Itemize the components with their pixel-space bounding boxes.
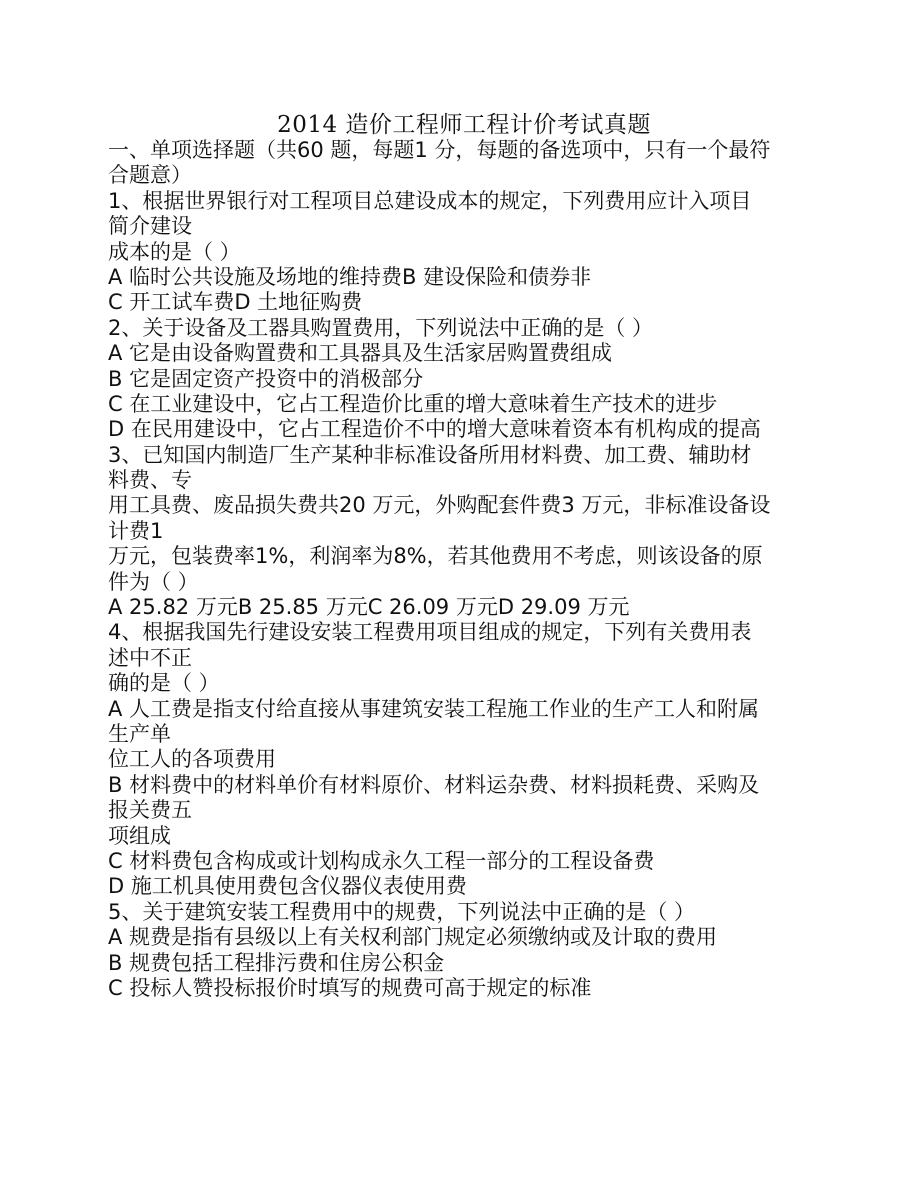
question-4-option-d: D 施工机具使用费包含仪器仪表使用费 xyxy=(108,874,820,899)
question-4-option-a: 位工人的各项费用 xyxy=(108,747,820,772)
question-3-options: A 25.82 万元B 25.85 万元C 26.09 万元D 29.09 万元 xyxy=(108,595,820,620)
question-1-options: C 开工试车费D 土地征购费 xyxy=(108,290,820,315)
question-4-option-a: A 人工费是指支付给直接从事建筑安装工程施工作业的生产工人和附属 xyxy=(108,697,820,722)
question-4-option-c: C 材料费包含构成或计划构成永久工程一部分的工程设备费 xyxy=(108,849,820,874)
question-4-stem: 述中不正 xyxy=(108,646,820,671)
question-2-option-b: B 它是固定资产投资中的消极部分 xyxy=(108,367,820,392)
question-5-option-a: A 规费是指有县级以上有关权利部门规定必须缴纳或及计取的费用 xyxy=(108,925,820,950)
document-page: 2014 造价工程师工程计价考试真题 一、单项选择题（共60 题，每题1 分，每… xyxy=(108,112,820,1001)
question-2-option-a: A 它是由设备购置费和工具器具及生活家居购置费组成 xyxy=(108,341,820,366)
question-1-stem: 简介建设 xyxy=(108,214,820,239)
question-3-stem: 用工具费、废品损失费共20 万元，外购配套件费3 万元，非标准设备设 xyxy=(108,493,820,518)
question-4-stem: 4、根据我国先行建设安装工程费用项目组成的规定，下列有关费用表 xyxy=(108,620,820,645)
question-4-option-b: 报关费五 xyxy=(108,798,820,823)
question-4-stem: 确的是（ ） xyxy=(108,671,820,696)
question-5-option-b: B 规费包括工程排污费和住房公积金 xyxy=(108,951,820,976)
question-3-stem: 件为（ ） xyxy=(108,570,820,595)
question-1-stem: 1、根据世界银行对工程项目总建设成本的规定，下列费用应计入项目 xyxy=(108,189,820,214)
question-4-option-b: B 材料费中的材料单价有材料原价、材料运杂费、材料损耗费、采购及 xyxy=(108,773,820,798)
question-1-stem: 成本的是（ ） xyxy=(108,240,820,265)
section-heading: 一、单项选择题（共60 题，每题1 分，每题的备选项中，只有一个最符 xyxy=(108,138,820,163)
question-2-option-c: C 在工业建设中，它占工程造价比重的增大意味着生产技术的进步 xyxy=(108,392,820,417)
question-5-option-c: C 投标人赞投标报价时填写的规费可高于规定的标准 xyxy=(108,976,820,1001)
question-4-option-a: 生产单 xyxy=(108,722,820,747)
question-2-option-d: D 在民用建设中，它占工程造价不中的增大意味着资本有机构成的提高 xyxy=(108,417,820,442)
question-3-stem: 万元，包装费率1%，利润率为8%，若其他费用不考虑，则该设备的原 xyxy=(108,544,820,569)
section-heading-cont: 合题意） xyxy=(108,163,820,188)
document-body: 一、单项选择题（共60 题，每题1 分，每题的备选项中，只有一个最符 合题意） … xyxy=(108,138,820,1001)
question-4-option-b: 项组成 xyxy=(108,824,820,849)
question-1-options: A 临时公共设施及场地的维持费B 建设保险和债券非 xyxy=(108,265,820,290)
question-2-stem: 2、关于设备及工器具购置费用，下列说法中正确的是（ ） xyxy=(108,316,820,341)
question-5-stem: 5、关于建筑安装工程费用中的规费，下列说法中正确的是（ ） xyxy=(108,900,820,925)
question-3-stem: 3、已知国内制造厂生产某种非标准设备所用材料费、加工费、辅助材 xyxy=(108,443,820,468)
question-3-stem: 料费、专 xyxy=(108,468,820,493)
question-3-stem: 计费1 xyxy=(108,519,820,544)
document-title: 2014 造价工程师工程计价考试真题 xyxy=(108,112,820,138)
